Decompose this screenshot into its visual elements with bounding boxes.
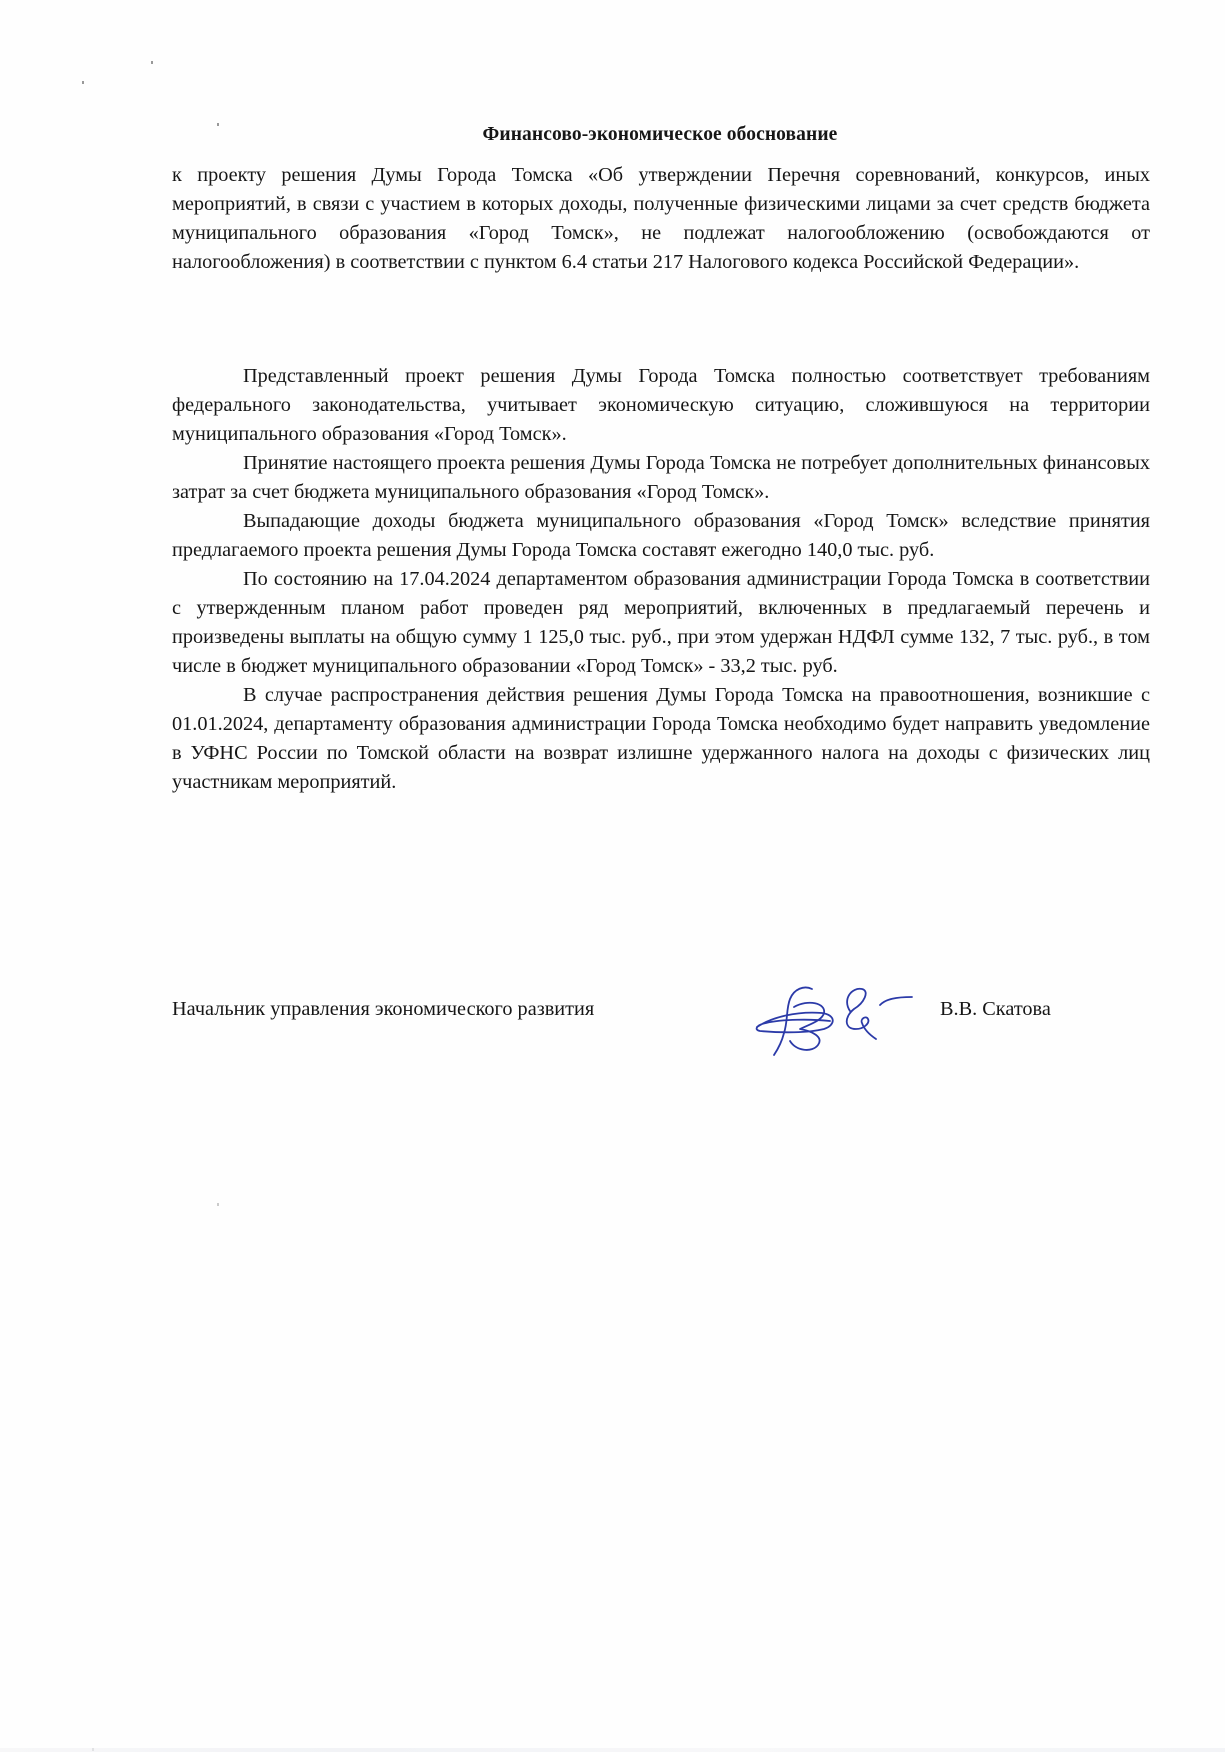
document-subject: к проекту решения Думы Города Томска «Об…	[172, 161, 1150, 277]
document-page: Финансово-экономическое обоснование к пр…	[0, 0, 1225, 1752]
scan-artifact	[151, 61, 153, 64]
signatory-position: Начальник управления экономического разв…	[172, 995, 594, 1024]
paragraph-tax-refund: В случае распространения действия решени…	[172, 681, 1150, 797]
paragraph-no-extra-costs: Принятие настоящего проекта решения Думы…	[172, 449, 1150, 507]
scan-artifact	[82, 81, 84, 84]
signatory-name: В.В. Скатова	[940, 995, 1051, 1024]
scan-edge	[0, 1748, 1225, 1752]
paragraph-compliance: Представленный проект решения Думы Город…	[172, 362, 1150, 449]
paragraph-payments-status: По состоянию на 17.04.2024 департаментом…	[172, 565, 1150, 681]
document-title: Финансово-экономическое обоснование	[0, 123, 1225, 147]
subject-text: к проекту решения Думы Города Томска «Об…	[172, 161, 1150, 277]
paragraph-lost-revenue: Выпадающие доходы бюджета муниципального…	[172, 507, 1150, 565]
signature-block: Начальник управления экономического разв…	[172, 995, 1150, 1035]
document-body: Представленный проект решения Думы Город…	[172, 362, 1150, 797]
scan-artifact	[217, 1203, 219, 1206]
handwritten-signature-icon	[752, 975, 932, 1060]
